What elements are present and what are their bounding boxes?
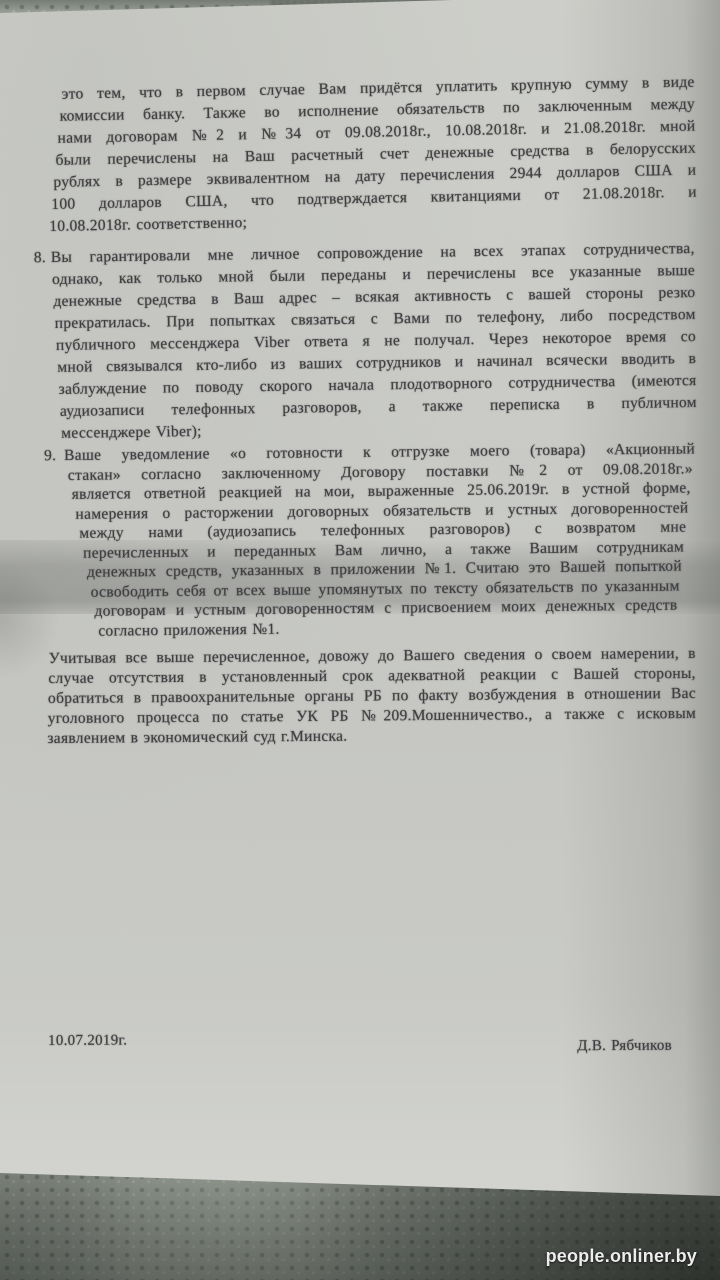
letter-date: 10.07.2019г. <box>48 1031 127 1051</box>
list-item-8-text: Вы гарантировали мне личное сопровождени… <box>51 238 698 445</box>
watermark-label: people.onliner.by <box>546 1246 697 1267</box>
list-item-8: 8. Вы гарантировали мне личное сопровожд… <box>51 238 698 445</box>
signature-name: Д.В. Рябчиков <box>577 1036 672 1056</box>
paragraph-continuation: это тем, что в первом случае Вам придётс… <box>47 72 698 238</box>
list-item-9-text: Ваше уведомление «о готовности к отгрузк… <box>64 439 697 641</box>
list-number-8: 8. <box>34 247 47 269</box>
list-item-9: 9. Ваше уведомление «о готовности к отгр… <box>64 439 697 641</box>
document-photo: это тем, что в первом случае Вам придётс… <box>0 0 720 1280</box>
paragraph-closing: Учитывая все выше перечисленное, довожу … <box>47 644 697 749</box>
signature-row: 10.07.2019г. Д.В. Рябчиков <box>38 1028 696 1051</box>
text-line: заявлением в экономический суд г.Минска. <box>47 724 696 749</box>
letter-text: это тем, что в первом случае Вам придётс… <box>38 84 696 1051</box>
list-number-9: 9. <box>44 446 56 466</box>
